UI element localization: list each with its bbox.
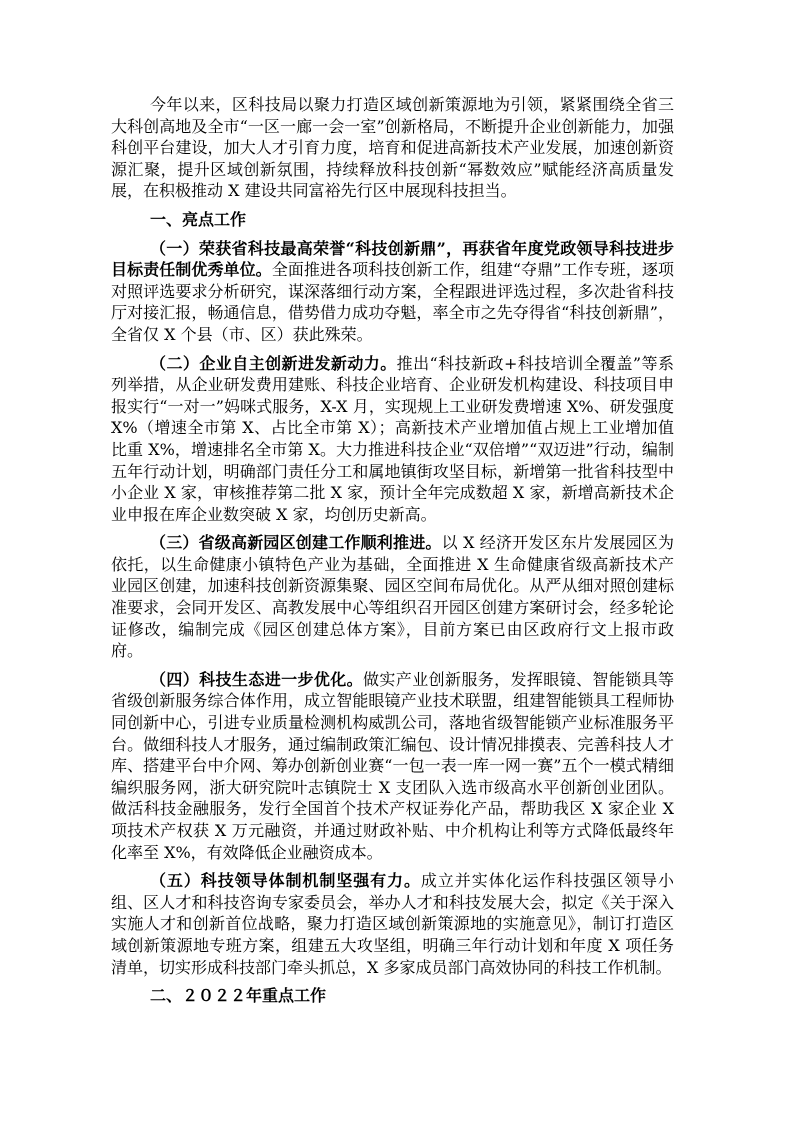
highlight-item-2: （二）企业自主创新进发新动力。推出“科技新政+科技培训全覆盖”等系列举措，从企业… — [111, 353, 674, 526]
highlight-item-5-lead: （五）科技领导体制机制坚强有力。 — [150, 871, 421, 890]
document-page: 今年以来，区科技局以聚力打造区域创新策源地为引领，紧紧围绕全省三大科创高地及全市… — [0, 0, 793, 1122]
section-1-heading: 一、亮点工作 — [111, 209, 674, 231]
highlight-item-2-body: 推出“科技新政+科技培训全覆盖”等系列举措，从企业研发费用建账、科技企业培育、企… — [111, 354, 674, 524]
section-2-heading: 二、２０２２年重点工作 — [111, 985, 674, 1007]
highlight-item-3-lead: （三）省级高新园区创建工作顺利推进。 — [150, 533, 442, 552]
intro-paragraph: 今年以来，区科技局以聚力打造区域创新策源地为引领，紧紧围绕全省三大科创高地及全市… — [111, 94, 674, 202]
highlight-item-1: （一）荣获省科技最高荣誉“科技创新鼎”，再获省年度党政领导科技进步目标责任制优秀… — [111, 238, 674, 346]
highlight-item-4: （四）科技生态进一步优化。做实产业创新服务，发挥眼镜、智能锁具等省级创新服务综合… — [111, 669, 674, 863]
highlight-item-4-body: 做实产业创新服务，发挥眼镜、智能锁具等省级创新服务综合体作用，成立智能眼镜产业技… — [111, 670, 674, 862]
highlight-item-2-lead: （二）企业自主创新进发新动力。 — [150, 354, 397, 373]
highlight-item-5: （五）科技领导体制机制坚强有力。成立并实体化运作科技强区领导小组、区人才和科技咨… — [111, 870, 674, 978]
highlight-item-3-body: 以 X 经济开发区东片发展园区为依托，以生命健康小镇特色产业为基础，全面推进 X… — [111, 533, 674, 660]
highlight-item-3: （三）省级高新园区创建工作顺利推进。以 X 经济开发区东片发展园区为依托，以生命… — [111, 532, 674, 662]
highlight-item-4-lead: （四）科技生态进一步优化。 — [150, 670, 363, 689]
